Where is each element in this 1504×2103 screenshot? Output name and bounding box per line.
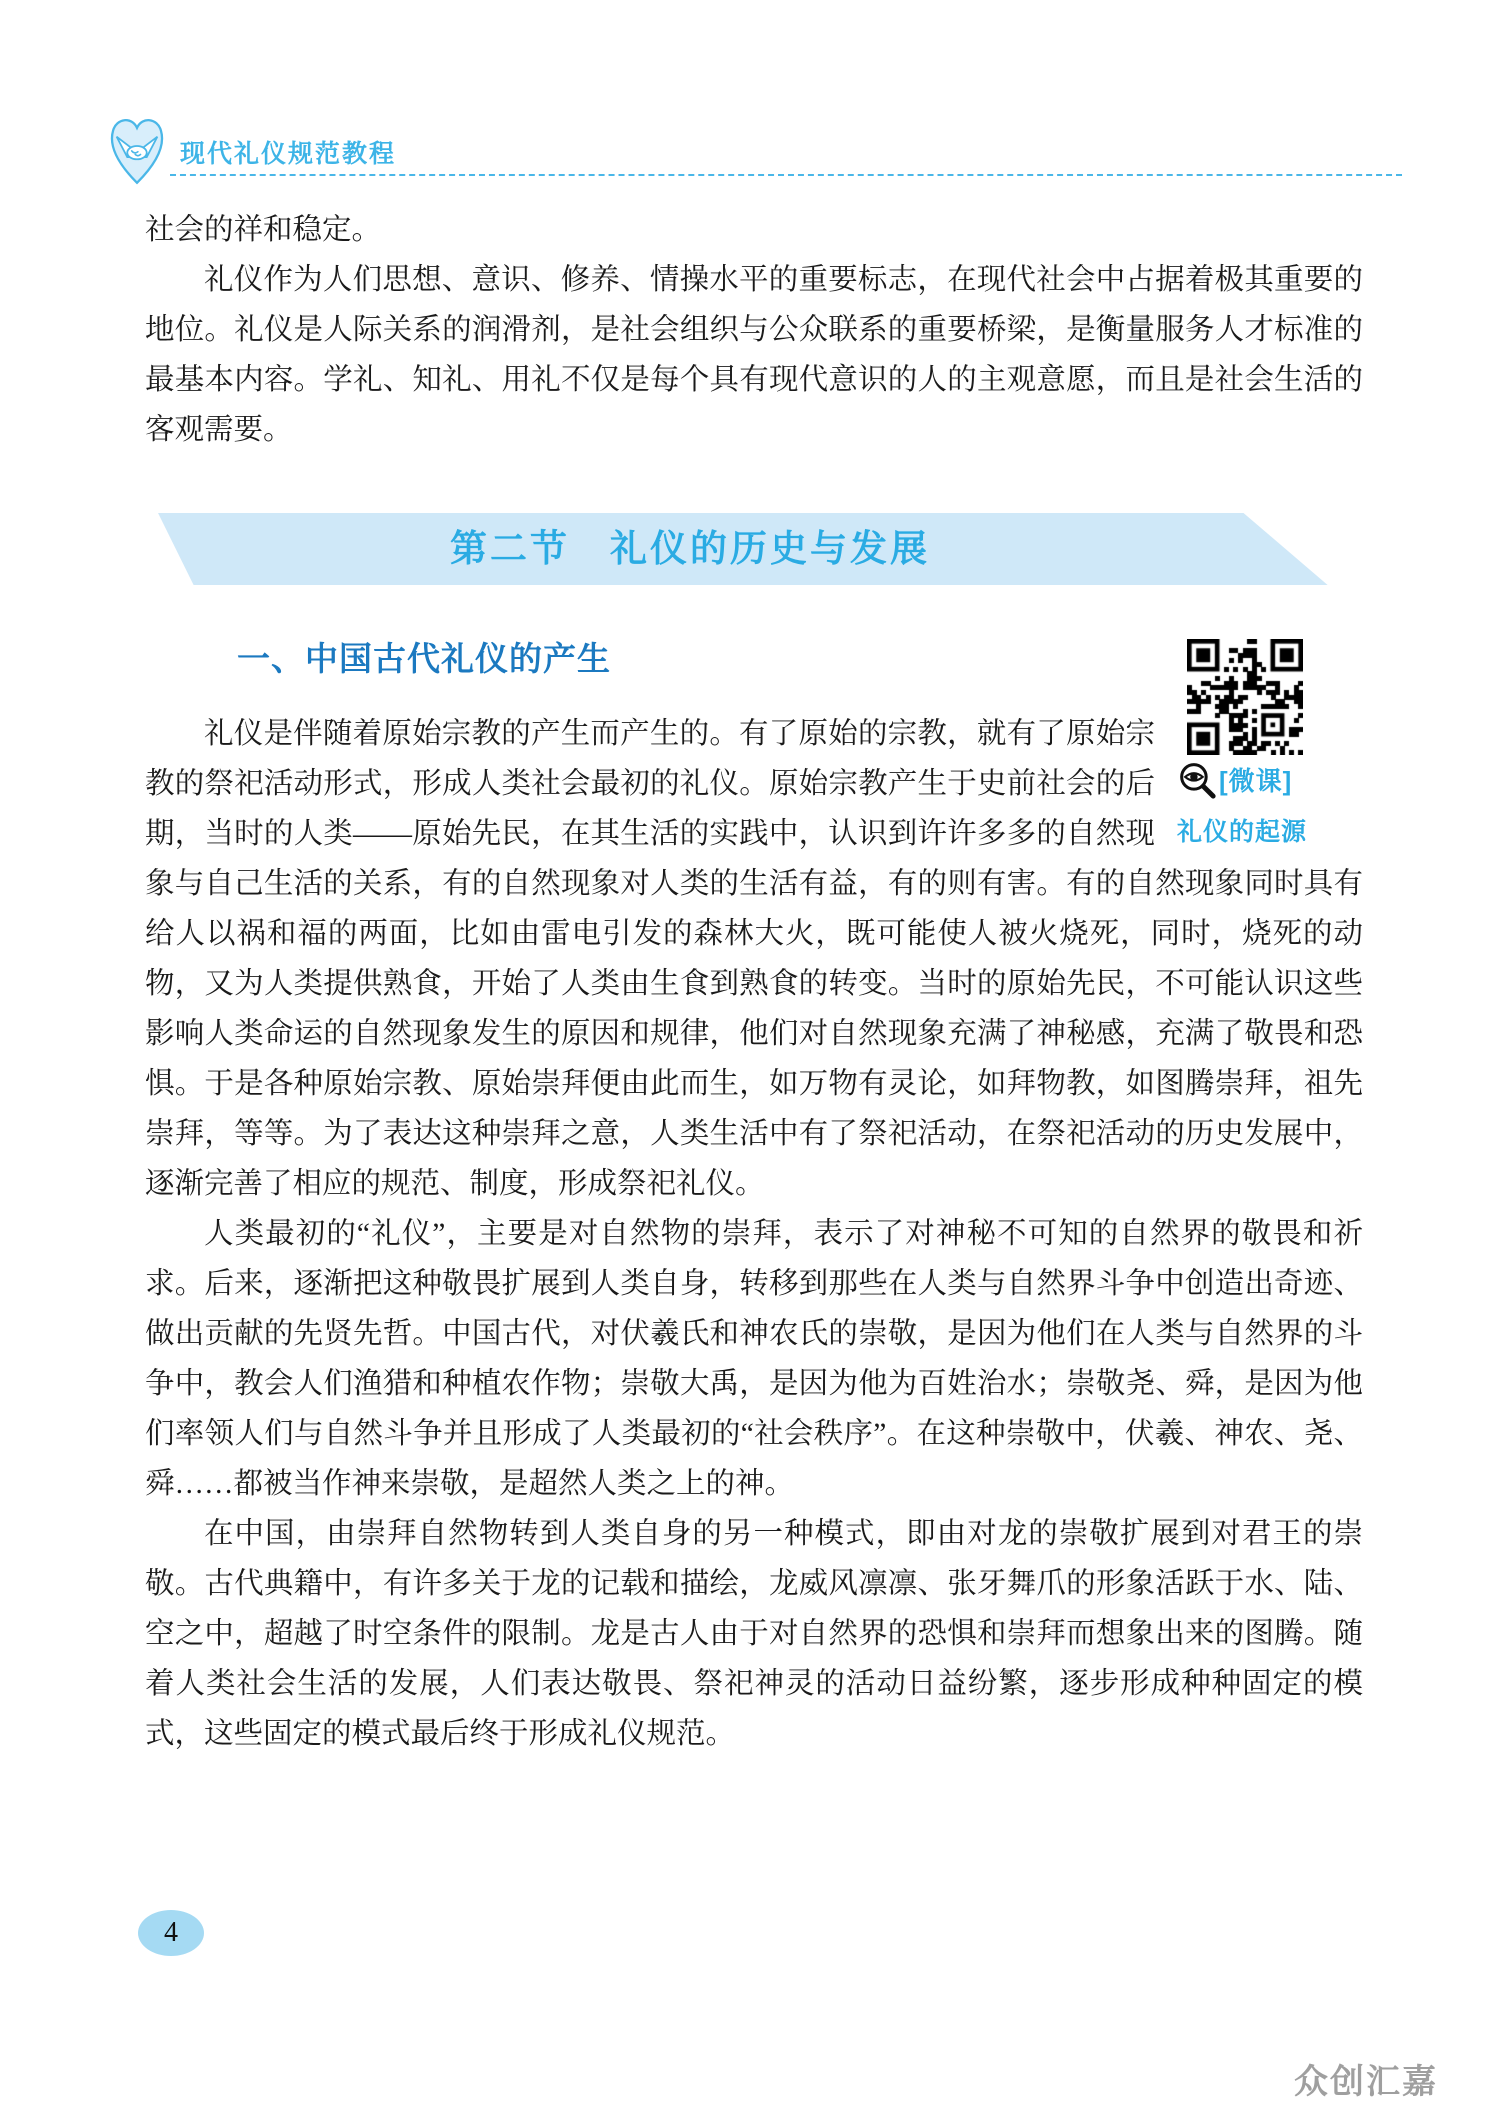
intro-continuation-line: 社会的祥和稳定。: [145, 205, 1363, 255]
book-title: 现代礼仪规范教程: [180, 134, 396, 170]
micro-course-tag: [微课]: [1219, 756, 1292, 806]
page-number-badge: 4: [138, 1910, 204, 1956]
main-content: [微课] 礼仪的起源 一、中国古代礼仪的产生 礼仪是伴随着原始宗教的产生而产生的…: [145, 637, 1363, 1759]
qr-code: [1187, 639, 1303, 755]
body-paragraph-3: 在中国，由崇拜自然物转到人类自身的另一种模式，即由对龙的崇敬扩展到对君王的崇敬。…: [145, 1509, 1363, 1759]
publisher-watermark: 众创汇嘉: [1294, 2054, 1438, 2103]
body-paragraph-2: 人类最初的“礼仪”，主要是对自然物的崇拜，表示了对神秘不可知的自然界的敬畏和祈求…: [145, 1209, 1363, 1509]
micro-course-block: [微课] 礼仪的起源: [1163, 637, 1363, 845]
page-header: 现代礼仪规范教程: [0, 0, 1504, 210]
intro-block: 社会的祥和稳定。 礼仪作为人们思想、意识、修养、情操水平的重要标志，在现代社会中…: [145, 205, 1363, 455]
intro-paragraph: 礼仪作为人们思想、意识、修养、情操水平的重要标志，在现代社会中占据着极其重要的地…: [145, 255, 1363, 455]
micro-course-tagline: [微课]: [1177, 759, 1313, 803]
section-title: 第二节 礼仪的历史与发展: [145, 513, 1330, 585]
micro-course-caption: 礼仪的起源: [1177, 807, 1313, 857]
header-dashed-rule: [170, 174, 1402, 176]
magnifier-eye-icon: [1177, 760, 1219, 802]
page-number: 4: [164, 1917, 178, 1949]
handshake-heart-logo-icon: [106, 112, 168, 188]
section-banner: 第二节 礼仪的历史与发展: [145, 513, 1330, 585]
